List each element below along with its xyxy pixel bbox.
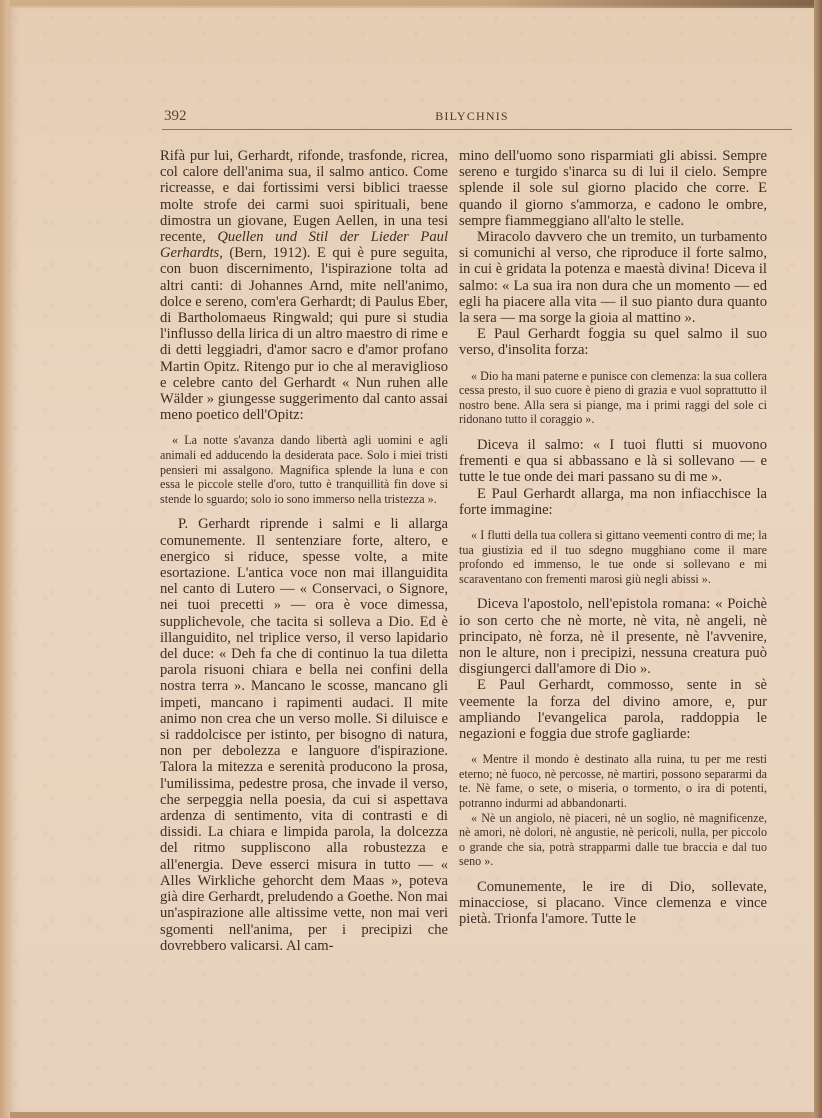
right-column: mino dell'uomo sono risparmiati gli abis… bbox=[459, 148, 767, 928]
page-top-edge bbox=[8, 0, 814, 8]
paragraph: E Paul Gerhardt allarga, ma non infiacch… bbox=[459, 486, 767, 518]
block-quote: « Mentre il mondo è destinato alla ruina… bbox=[459, 752, 767, 869]
journal-title: BILYCHNIS bbox=[152, 109, 792, 124]
quote-text: « La notte s'avanza dando libertà agli u… bbox=[160, 433, 448, 506]
header-rule bbox=[162, 129, 792, 130]
quote-text: « Mentre il mondo è destinato alla ruina… bbox=[459, 752, 767, 810]
block-quote: « La notte s'avanza dando libertà agli u… bbox=[160, 433, 448, 506]
paragraph: Comunemente, le ire di Dio, sollevate, m… bbox=[459, 879, 767, 928]
quote-text: « Dio ha mani paterne e punisce con clem… bbox=[459, 369, 767, 427]
block-quote: « I flutti della tua collera si gittano … bbox=[459, 528, 767, 586]
block-quote: « Dio ha mani paterne e punisce con clem… bbox=[459, 369, 767, 427]
quote-text: « I flutti della tua collera si gittano … bbox=[459, 528, 767, 586]
running-head: 392 BILYCHNIS bbox=[162, 106, 794, 126]
paragraph-text: (Bern, 1912). E qui è pure seguita, con … bbox=[160, 245, 448, 423]
paragraph: E Paul Gerhardt foggia su quel salmo il … bbox=[459, 326, 767, 358]
paragraph: Diceva il salmo: « I tuoi flutti si muov… bbox=[459, 437, 767, 486]
paragraph: Diceva l'apostolo, nell'epistola romana:… bbox=[459, 596, 767, 677]
paragraph: P. Gerhardt riprende i salmi e li allarg… bbox=[160, 516, 448, 953]
paragraph: Rifà pur lui, Gerhardt, rifonde, trasfon… bbox=[160, 148, 448, 423]
left-column: Rifà pur lui, Gerhardt, rifonde, trasfon… bbox=[160, 148, 448, 954]
paragraph: Miracolo davvero che un tremito, un turb… bbox=[459, 229, 767, 326]
paragraph: mino dell'uomo sono risparmiati gli abis… bbox=[459, 148, 767, 229]
paragraph: E Paul Gerhardt, commosso, sente in sè v… bbox=[459, 677, 767, 742]
quote-text: « Nè un angiolo, nè piaceri, nè un sogli… bbox=[459, 811, 767, 869]
